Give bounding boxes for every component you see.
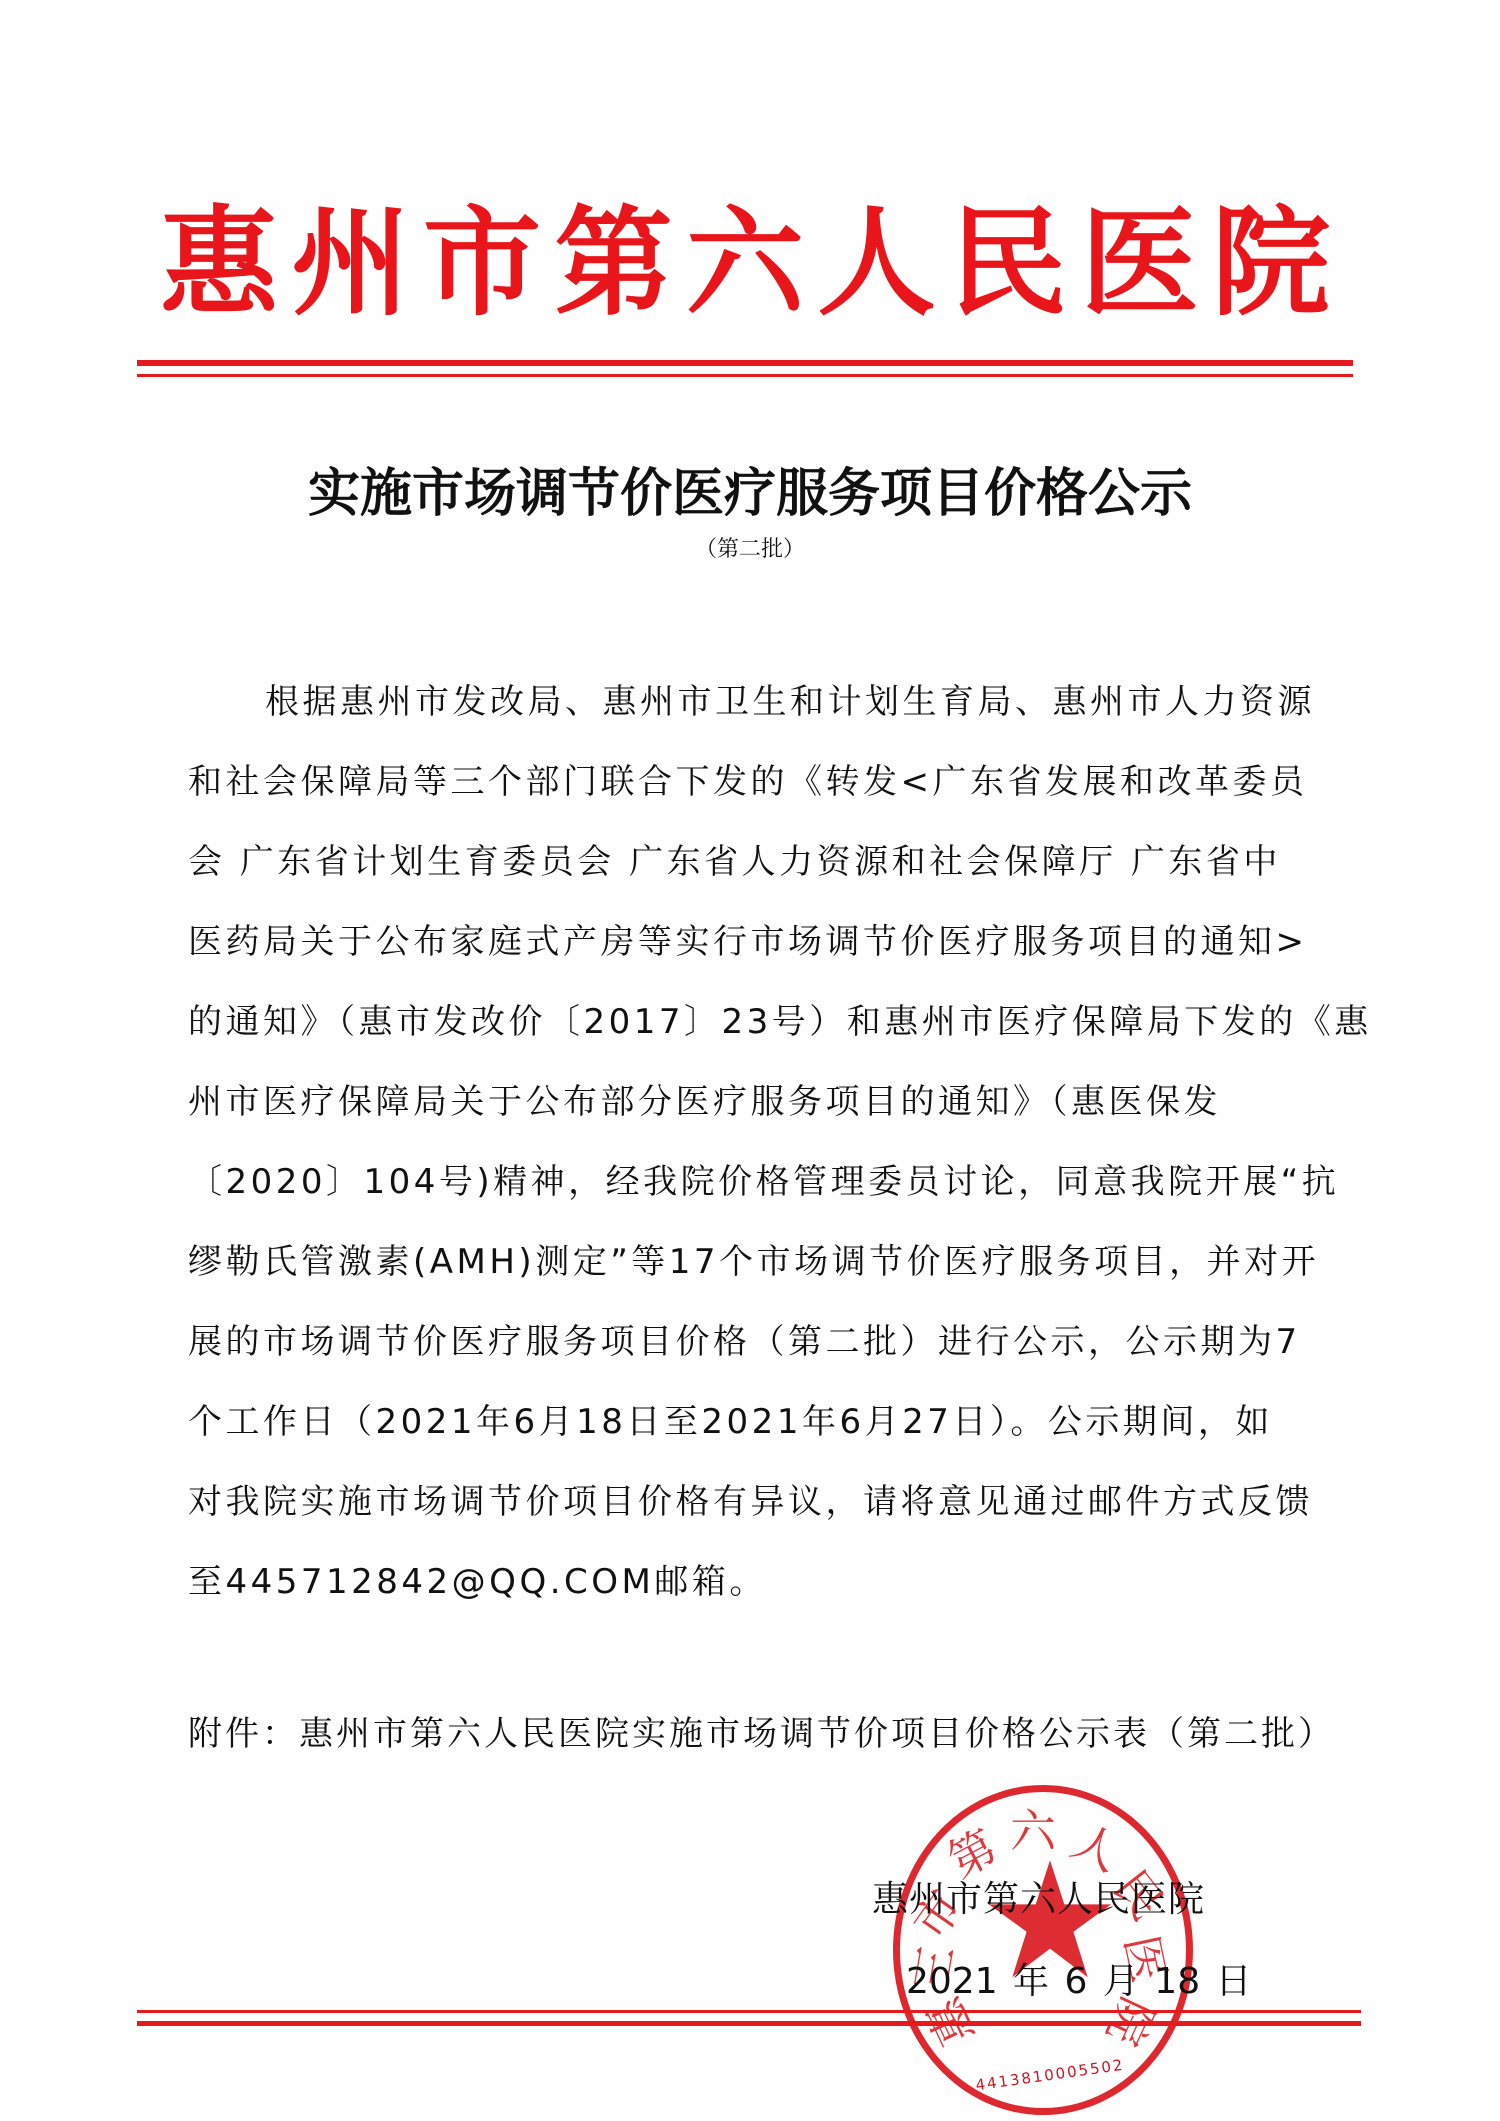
seal-char: 六: [1010, 1795, 1056, 1861]
body-line: 医药局关于公布家庭式产房等实行市场调节价医疗服务项目的通知>: [188, 902, 1318, 982]
body-line: 会 广东省计划生育委员会 广东省人力资源和社会保障厅 广东省中: [188, 822, 1318, 902]
document-title: 实施市场调节价医疗服务项目价格公示: [0, 462, 1500, 526]
letterhead-char: 第: [555, 198, 673, 328]
letterhead-char: 州: [292, 198, 410, 328]
document-page: 惠 州 市 第 六 人 民 医 院 实施市场调节价医疗服务项目价格公示 （第二批…: [0, 0, 1500, 2121]
letterhead-char: 六: [686, 198, 804, 328]
letterhead-char: 市: [423, 198, 541, 328]
body-line: 根据惠州市发改局、惠州市卫生和计划生育局、惠州市人力资源: [188, 662, 1318, 742]
body-line: 至445712842@QQ.COM邮箱。: [188, 1542, 1318, 1622]
attachment-note: 附件：惠州市第六人民医院实施市场调节价项目价格公示表（第二批）: [188, 1706, 1328, 1762]
document-body: 根据惠州市发改局、惠州市卫生和计划生育局、惠州市人力资源 和社会保障局等三个部门…: [188, 662, 1318, 1622]
body-line: 对我院实施市场调节价项目价格有异议，请将意见通过邮件方式反馈: [188, 1462, 1318, 1542]
letterhead-divider-thin: [137, 374, 1353, 377]
body-line: 的通知》（惠市发改价〔2017〕23号）和惠州市医疗保障局下发的《惠: [188, 982, 1318, 1062]
body-line: 州市医疗保障局关于公布部分医疗服务项目的通知》（惠医保发: [188, 1062, 1318, 1142]
signature-org: 惠州市第六人民医院: [872, 1878, 1212, 1922]
letterhead-org-name: 惠 州 市 第 六 人 民 医 院: [160, 198, 1330, 328]
letterhead-char: 院: [1212, 198, 1330, 328]
body-line: 〔2020〕104号)精神，经我院价格管理委员讨论，同意我院开展“抗: [188, 1142, 1318, 1222]
letterhead-char: 惠: [160, 198, 278, 328]
document-subtitle: （第二批）: [0, 535, 1500, 565]
body-line: 展的市场调节价医疗服务项目价格（第二批）进行公示，公示期为7: [188, 1302, 1318, 1382]
letterhead-char: 医: [1081, 198, 1199, 328]
body-line: 缪勒氏管激素(AMH)测定”等17个市场调节价医疗服务项目，并对开: [188, 1222, 1318, 1302]
body-line: 个工作日（2021年6月18日至2021年6月27日）。公示期间，如: [188, 1382, 1318, 1462]
signature-date: 2021 年 6 月 18 日: [906, 1960, 1226, 2004]
footer-divider-thin: [137, 2010, 1361, 2013]
body-line: 和社会保障局等三个部门联合下发的《转发<广东省发展和改革委员: [188, 742, 1318, 822]
letterhead-divider-thick: [137, 360, 1353, 366]
letterhead-char: 人: [818, 198, 936, 328]
footer-divider-thick: [137, 2021, 1361, 2026]
letterhead-char: 民: [949, 198, 1067, 328]
